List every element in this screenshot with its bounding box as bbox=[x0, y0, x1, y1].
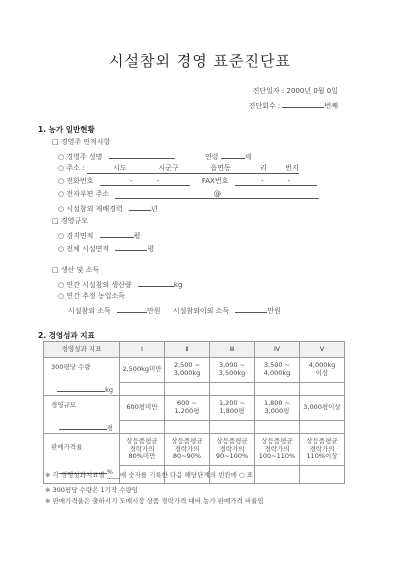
facility-field[interactable] bbox=[115, 242, 147, 251]
section2-heading: 2. 경영성과 지표 bbox=[38, 330, 95, 341]
phone-separator: - bbox=[157, 177, 160, 185]
note-3: ※ 판매가격율은 출하시기 도매시장 상품 경락가격 대비 농가 판매가격 비율… bbox=[45, 496, 264, 505]
career-suffix: 년 bbox=[151, 205, 158, 213]
other-income-label: 시설참외이외 소득 bbox=[173, 307, 229, 315]
farmland-suffix: 평 bbox=[134, 232, 141, 240]
owner-name-field[interactable] bbox=[109, 150, 175, 159]
phone-label: ○ 전화번호 bbox=[58, 177, 93, 185]
header-level-2: Ⅱ bbox=[165, 342, 210, 358]
yield-mark-1[interactable] bbox=[120, 382, 165, 395]
age-label: 연령 bbox=[205, 153, 219, 161]
scale-unit: 평 bbox=[107, 424, 113, 432]
scale-level-2: 600 ~ 1,200평 bbox=[165, 395, 210, 420]
yield-mark-2[interactable] bbox=[165, 382, 210, 395]
price-level-5: 상등품평균 경락가의 110%이상 bbox=[300, 433, 345, 465]
note-1: ※ 각 경영성과지표별 ____에 숫자를 기록한 다음 해당단계의 빈칸에 ○… bbox=[45, 470, 253, 479]
career-label: ○ 시설참외 재배경력 bbox=[58, 205, 123, 213]
owner-name-row: ○ 경영주 성명 연령 세 bbox=[58, 150, 251, 162]
production-suffix: kg bbox=[174, 281, 183, 289]
header-level-3: Ⅲ bbox=[210, 342, 255, 358]
diagnosis-count: 진단회수 : 번째 bbox=[249, 99, 338, 111]
header-level-1: Ⅰ bbox=[120, 342, 165, 358]
yield-label-cell: 300평당 수량 kg bbox=[44, 358, 120, 396]
phone-separator: - bbox=[130, 177, 133, 185]
scale-mark-2[interactable] bbox=[165, 420, 210, 433]
diagnosis-count-field[interactable] bbox=[282, 99, 324, 108]
price-level-4: 상등품평균 경락가의 100~110% bbox=[255, 433, 300, 465]
other-income-field[interactable] bbox=[235, 304, 267, 313]
scale-level-5: 3,000평이상 bbox=[300, 395, 345, 420]
group-personal-label: □ 경영주 인적사항 bbox=[52, 137, 110, 147]
production-field[interactable] bbox=[138, 278, 174, 287]
table-header-row: 경영성과 지표 Ⅰ Ⅱ Ⅲ Ⅳ Ⅴ bbox=[44, 342, 345, 358]
production-row: ○ 연간 시설참외 생산량 kg bbox=[58, 278, 182, 290]
price-level-3: 상등품평균 경락가의 90~100% bbox=[210, 433, 255, 465]
scale-field[interactable] bbox=[59, 421, 107, 430]
address-label: ○ 주소 : bbox=[58, 164, 84, 172]
farmland-row: ○ 경지면적 평 bbox=[58, 229, 140, 241]
header-level-4: Ⅳ bbox=[255, 342, 300, 358]
email-at-sign: @ bbox=[214, 190, 221, 198]
scale-mark-5[interactable] bbox=[300, 420, 345, 433]
yield-mark-3[interactable] bbox=[210, 382, 255, 395]
price-level-2: 상등품평균 경락가의 80~90% bbox=[165, 433, 210, 465]
other-income-suffix: 만원 bbox=[267, 307, 281, 315]
income-detail-row: 시설참외 소득 만원 시설참외이외 소득 만원 bbox=[68, 304, 281, 316]
address-bunji[interactable]: 번지 bbox=[273, 163, 299, 174]
owner-name-label: ○ 경영주 성명 bbox=[58, 153, 102, 161]
diagnosis-date: 진단일자 : 2000년 0월 0일 bbox=[253, 86, 338, 96]
farmland-field[interactable] bbox=[100, 229, 134, 238]
yield-level-4: 3,500 ~ 4,000kg bbox=[255, 358, 300, 383]
address-sigungu[interactable]: 시군구 bbox=[127, 163, 179, 174]
production-label: ○ 연간 시설참외 생산량 bbox=[58, 281, 132, 289]
section1-heading: 1. 농가 일반현황 bbox=[38, 124, 95, 135]
fax-separator: - bbox=[261, 177, 264, 185]
fax-label: FAX번호 bbox=[202, 177, 229, 185]
yield-mark-5[interactable] bbox=[300, 382, 345, 395]
facility-suffix: 평 bbox=[147, 245, 154, 253]
age-suffix: 세 bbox=[245, 153, 252, 161]
career-field[interactable] bbox=[129, 202, 151, 211]
melon-income-field[interactable] bbox=[117, 304, 147, 313]
yield-level-3: 3,000 ~ 3,500kg bbox=[210, 358, 255, 383]
email-label: ○ 전자우편 주소 bbox=[58, 190, 109, 198]
scale-mark-3[interactable] bbox=[210, 420, 255, 433]
facility-row: ○ 전체 시설면적 평 bbox=[58, 242, 154, 254]
scale-label-cell: 경영규모 평 bbox=[44, 395, 120, 433]
melon-income-label: 시설참외 소득 bbox=[68, 307, 111, 315]
performance-table: 경영성과 지표 Ⅰ Ⅱ Ⅲ Ⅳ Ⅴ 300평당 수량 kg 2,500kg미만 … bbox=[43, 341, 345, 484]
price-mark-5[interactable] bbox=[300, 465, 345, 483]
fax-field[interactable]: -- bbox=[235, 177, 317, 186]
document-title: 시설참외 경영 표준진단표 bbox=[0, 50, 400, 71]
yield-field[interactable] bbox=[57, 383, 105, 392]
scale-level-3: 1,200 ~ 1,800평 bbox=[210, 395, 255, 420]
scale-label: 경영규모 bbox=[51, 402, 119, 409]
group-production-label: □ 생산 및 소득 bbox=[52, 265, 99, 275]
fax-separator: - bbox=[288, 177, 291, 185]
farmland-label: ○ 경지면적 bbox=[58, 232, 93, 240]
age-field[interactable] bbox=[221, 150, 245, 159]
email-field[interactable]: @ bbox=[115, 190, 319, 199]
header-level-5: Ⅴ bbox=[300, 342, 345, 358]
price-level-1: 상등품평균 경락가의 80%미만 bbox=[120, 433, 165, 465]
yield-label: 300평당 수량 bbox=[51, 364, 119, 371]
yield-unit: kg bbox=[105, 386, 113, 394]
facility-label: ○ 전체 시설면적 bbox=[58, 245, 109, 253]
address-eupmyeondong[interactable]: 읍면동 bbox=[179, 163, 231, 174]
phone-row: ○ 전화번호 -- FAX번호 -- bbox=[58, 176, 317, 186]
header-indicator: 경영성과 지표 bbox=[44, 342, 120, 358]
yield-level-2: 2,500 ~ 3,000kg bbox=[165, 358, 210, 383]
table-row-yield: 300평당 수량 kg 2,500kg미만 2,500 ~ 3,000kg 3,… bbox=[44, 358, 345, 383]
table-row-price: 판매가격율 % 상등품평균 경락가의 80%미만 상등품평균 경락가의 80~9… bbox=[44, 433, 345, 465]
scale-mark-4[interactable] bbox=[255, 420, 300, 433]
scale-mark-1[interactable] bbox=[120, 420, 165, 433]
address-sido[interactable]: 시도 bbox=[87, 163, 127, 174]
phone-field[interactable]: -- bbox=[100, 177, 190, 186]
group-scale-label: □ 경영규모 bbox=[52, 216, 88, 226]
address-ri[interactable]: 리 bbox=[231, 163, 273, 174]
diagnosis-count-suffix: 번째 bbox=[324, 102, 338, 110]
scale-level-4: 1,800 ~ 3,000평 bbox=[255, 395, 300, 420]
table-row-scale: 경영규모 평 600평미만 600 ~ 1,200평 1,200 ~ 1,800… bbox=[44, 395, 345, 420]
price-label: 판매가격율 bbox=[51, 444, 119, 451]
address-row: ○ 주소 : 시도시군구읍면동리번지 bbox=[58, 163, 299, 174]
melon-income-suffix: 만원 bbox=[147, 307, 161, 315]
career-row: ○ 시설참외 재배경력 년 bbox=[58, 202, 158, 214]
price-mark-4[interactable] bbox=[255, 465, 300, 483]
yield-level-1: 2,500kg미만 bbox=[120, 358, 165, 383]
email-row: ○ 전자우편 주소 @ bbox=[58, 189, 319, 199]
yield-level-5: 4,000kg 이상 bbox=[300, 358, 345, 383]
yield-mark-4[interactable] bbox=[255, 382, 300, 395]
diagnosis-count-label: 진단회수 : bbox=[249, 102, 281, 110]
scale-level-1: 600평미만 bbox=[120, 395, 165, 420]
note-2: ※ 300평당 수량은 1기작 수량임 bbox=[45, 485, 138, 494]
income-row: ○ 연간 추정 농업소득 bbox=[58, 291, 125, 301]
